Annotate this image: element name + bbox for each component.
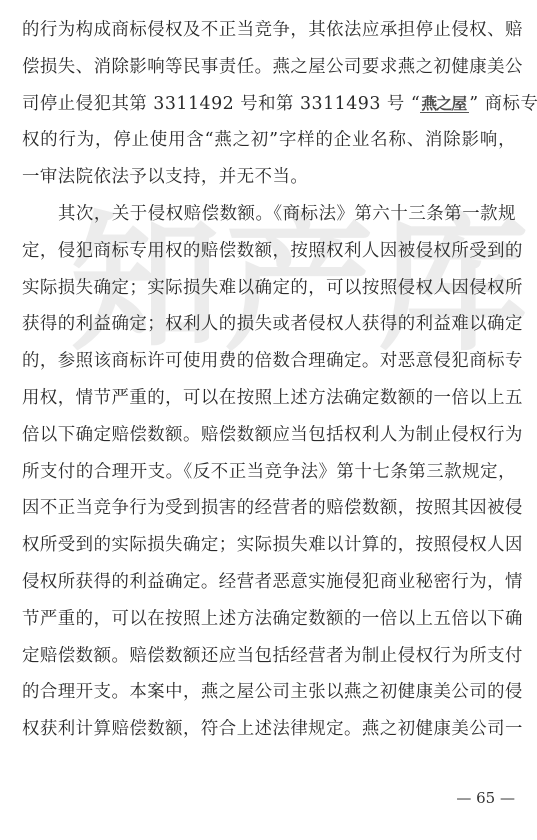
text-segment: 司停止侵犯其第 3311492 号和第 3311493 号 “ [22,94,420,114]
text-line: 所支付的合理开支。《反不正当竞争法》第十七条第三款规定， [22,454,516,491]
text-line: 用权，情节严重的，可以在按照上述方法确定数额的一倍以上五 [22,380,516,417]
text-line: 权所受到的实际损失确定；实际损失难以计算的，按照侵权人因 [22,527,516,564]
page-number: — 65 — [456,789,515,807]
trademark-logo: 燕之屋 [420,96,469,113]
text-line: 的行为构成商标侵权及不正当竞争，其依法应承担停止侵权、赔 [22,12,516,49]
text-line: 的，参照该商标许可使用费的倍数合理确定。对恶意侵犯商标专 [22,343,516,380]
document-body: 的行为构成商标侵权及不正当竞争，其依法应承担停止侵权、赔 偿损失、消除影响等民事… [22,12,516,748]
text-line: 侵权所获得的利益确定。经营者恶意实施侵犯商业秘密行为，情 [22,564,516,601]
text-line: 偿损失、消除影响等民事责任。燕之屋公司要求燕之初健康美公 [22,49,516,86]
text-line: 实际损失确定；实际损失难以确定的，可以按照侵权人因侵权所 [22,270,516,307]
text-line: 因不正当竞争行为受到损害的经营者的赔偿数额，按照其因被侵 [22,490,516,527]
text-line: 一审法院依法予以支持，并无不当。 [22,159,516,196]
text-line: 权的行为，停止使用含“燕之初”字样的企业名称、消除影响， [22,122,516,159]
text-line: 权获利计算赔偿数额，符合上述法律规定。燕之初健康美公司一 [22,711,516,748]
text-line: 定，侵犯商标专用权的赔偿数额，按照权利人因被侵权所受到的 [22,233,516,270]
text-segment: ” 商标专用 [469,94,537,114]
text-line-with-trademark: 司停止侵犯其第 3311492 号和第 3311493 号 “燕之屋” 商标专用 [22,86,516,123]
paragraph-start-line: 其次，关于侵权赔偿数额。《商标法》第六十三条第一款规 [22,196,516,233]
text-line: 的合理开支。本案中，燕之屋公司主张以燕之初健康美公司的侵 [22,674,516,711]
text-line: 倍以下确定赔偿数额。赔偿数额应当包括权利人为制止侵权行为 [22,417,516,454]
text-line: 节严重的，可以在按照上述方法确定数额的一倍以上五倍以下确 [22,601,516,638]
text-line: 获得的利益确定；权利人的损失或者侵权人获得的利益难以确定 [22,306,516,343]
text-line: 定赔偿数额。赔偿数额还应当包括经营者为制止侵权行为所支付 [22,638,516,675]
